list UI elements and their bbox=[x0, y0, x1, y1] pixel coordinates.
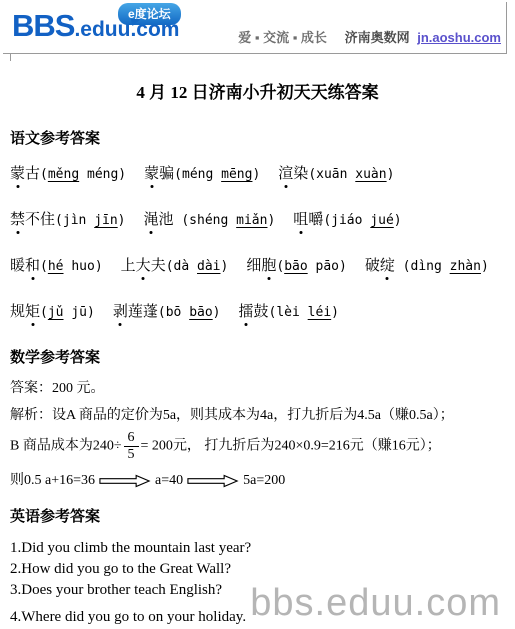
fraction-numerator: 6 bbox=[124, 431, 139, 447]
pinyin-text: (lèi bbox=[269, 305, 308, 320]
pinyin-options: (jìn jīn) bbox=[55, 213, 125, 228]
math-text: 元， 打九折后为 bbox=[173, 439, 275, 454]
pinyin-text: (bō bbox=[158, 305, 189, 320]
chinese-answer-lines: 蒙古(měng méng)蒙骗(méng mēng)渲染(xuān xuàn)禁… bbox=[10, 162, 515, 321]
correct-pinyin-underlined: bāo bbox=[189, 305, 212, 320]
pinyin-text: ) bbox=[481, 259, 489, 274]
math-answer-line: 答案：200 元。 bbox=[10, 377, 515, 397]
hanzi-char-emphasized: 蒙 bbox=[144, 162, 159, 183]
pinyin-options: (bāo pāo) bbox=[276, 259, 346, 274]
correct-pinyin-underlined: mēng bbox=[221, 167, 252, 182]
implies-arrow-icon bbox=[187, 474, 239, 488]
hanzi-char-emphasized: 大 bbox=[136, 254, 151, 275]
pinyin-word: 蒙骗(méng mēng) bbox=[144, 165, 260, 182]
hanzi-char: 破 bbox=[365, 254, 380, 275]
correct-pinyin-underlined: zhàn bbox=[450, 259, 481, 274]
fraction-denominator: 5 bbox=[124, 447, 139, 462]
pinyin-word: 细胞(bāo pāo) bbox=[246, 257, 346, 274]
pinyin-text: ) bbox=[221, 259, 229, 274]
page: BBS.eduu.com e度论坛 爱 ▪ 交流 ▪ 成长 济南奥数网 jn.a… bbox=[0, 0, 515, 629]
correct-pinyin-underlined: léi bbox=[308, 305, 331, 320]
hanzi-char-emphasized: 蒙 bbox=[10, 162, 25, 183]
pinyin-text: ( bbox=[276, 259, 284, 274]
pinyin-options: (lèi léi) bbox=[269, 305, 339, 320]
correct-pinyin-underlined: jīn bbox=[94, 213, 117, 228]
hanzi-char: 蓬 bbox=[143, 300, 158, 321]
hanzi-char: 不 bbox=[25, 208, 40, 229]
math-expr: 240×0.9=216 bbox=[274, 439, 349, 454]
hanzi-char: 嚼 bbox=[308, 208, 323, 229]
pinyin-options: (dà dài) bbox=[166, 259, 229, 274]
pinyin-text: ) bbox=[267, 213, 275, 228]
english-section-heading: 英语参考答案 bbox=[10, 505, 515, 526]
hanzi-char-emphasized: 渲 bbox=[278, 162, 293, 183]
pinyin-text: méng) bbox=[79, 167, 126, 182]
hanzi-char: 古 bbox=[25, 162, 40, 183]
hanzi-char: 池 bbox=[159, 208, 174, 229]
hanzi-char: 夫 bbox=[151, 254, 166, 275]
hanzi-char-emphasized: 绽 bbox=[380, 254, 395, 275]
hanzi-char-emphasized: 咀 bbox=[293, 208, 308, 229]
correct-pinyin-underlined: hé bbox=[48, 259, 64, 274]
math-text: 元（赚16元）； bbox=[350, 439, 441, 454]
pinyin-word: 渑池 (shéng miǎn) bbox=[144, 211, 276, 228]
math-expr: a=40 bbox=[155, 473, 183, 488]
pinyin-options: (bō bāo) bbox=[158, 305, 221, 320]
pinyin-options: (shéng miǎn) bbox=[174, 213, 276, 228]
hanzi-char-emphasized: 胞 bbox=[261, 254, 276, 275]
hanzi-char-emphasized: 矩 bbox=[25, 300, 40, 321]
pinyin-options: (měng méng) bbox=[40, 167, 126, 182]
math-expr: = 200 bbox=[141, 439, 173, 454]
hanzi-char-emphasized: 禁 bbox=[10, 208, 25, 229]
pinyin-word: 禁不住(jìn jīn) bbox=[10, 211, 126, 228]
hanzi-char: 骗 bbox=[159, 162, 174, 183]
pinyin-word: 蒙古(měng méng) bbox=[10, 165, 126, 182]
pinyin-word: 剥莲蓬(bō bāo) bbox=[113, 303, 221, 320]
pinyin-text: ) bbox=[213, 305, 221, 320]
hanzi-char: 染 bbox=[293, 162, 308, 183]
pinyin-word: 破绽 (dìng zhàn) bbox=[365, 257, 489, 274]
slogan-text: 爱 ▪ 交流 ▪ 成长 bbox=[238, 30, 327, 45]
site-name: 济南奥数网 bbox=[345, 30, 410, 45]
math-expr: 则0.5 a+16=36 bbox=[10, 473, 95, 488]
pinyin-word: 上大夫(dà dài) bbox=[121, 257, 229, 274]
pinyin-options: (méng mēng) bbox=[174, 167, 260, 182]
pinyin-text: (xuān bbox=[308, 167, 355, 182]
correct-pinyin-underlined: bāo bbox=[284, 259, 307, 274]
math-section-heading: 数学参考答案 bbox=[10, 346, 515, 367]
pinyin-text: ) bbox=[394, 213, 402, 228]
correct-pinyin-underlined: měng bbox=[48, 167, 79, 182]
pinyin-options: (hé huo) bbox=[40, 259, 103, 274]
header-divider bbox=[3, 53, 507, 54]
pinyin-line: 规矩(jǔ jū)剥莲蓬(bō bāo)擂鼓(lèi léi) bbox=[10, 300, 515, 321]
pinyin-text: (dà bbox=[166, 259, 197, 274]
hanzi-char: 住 bbox=[40, 208, 55, 229]
math-analysis-line: 解析：设A 商品的定价为5a，则其成本为4a，打九折后为4.5a（赚0.5a）； bbox=[10, 404, 515, 424]
english-answer: 1.Did you climb the mountain last year? bbox=[10, 538, 515, 559]
chinese-section-heading: 语文参考答案 bbox=[10, 127, 515, 148]
math-expr: 240÷ bbox=[93, 439, 122, 454]
correct-pinyin-underlined: miǎn bbox=[236, 213, 267, 228]
pinyin-text: (shéng bbox=[174, 213, 237, 228]
hanzi-char-emphasized: 剥 bbox=[113, 300, 128, 321]
math-answers: 答案：200 元。 解析：设A 商品的定价为5a，则其成本为4a，打九折后为4.… bbox=[10, 377, 515, 489]
pinyin-word: 暖和(hé huo) bbox=[10, 257, 103, 274]
correct-pinyin-underlined: jué bbox=[370, 213, 393, 228]
pinyin-text: huo) bbox=[64, 259, 103, 274]
correct-pinyin-underlined: xuàn bbox=[355, 167, 386, 182]
pinyin-text: ( bbox=[40, 305, 48, 320]
pinyin-options: (dìng zhàn) bbox=[395, 259, 489, 274]
fraction: 65 bbox=[124, 431, 139, 462]
pinyin-text: ) bbox=[252, 167, 260, 182]
hanzi-char-emphasized: 渑 bbox=[144, 208, 159, 229]
math-equation-line: B 商品成本为240÷65= 200元， 打九折后为240×0.9=216元（赚… bbox=[10, 431, 515, 462]
pinyin-word: 渲染(xuān xuàn) bbox=[278, 165, 394, 182]
header-right-border bbox=[506, 2, 507, 53]
pinyin-word: 咀嚼(jiáo jué) bbox=[293, 211, 401, 228]
correct-pinyin-underlined: dài bbox=[197, 259, 220, 274]
math-derivation-line: 则0.5 a+16=36a=405a=200 bbox=[10, 469, 515, 489]
pinyin-text: jū) bbox=[64, 305, 95, 320]
forum-badge[interactable]: e度论坛 bbox=[118, 3, 181, 25]
watermark: bbs.eduu.com bbox=[250, 582, 501, 625]
hanzi-char: 莲 bbox=[128, 300, 143, 321]
pinyin-line: 禁不住(jìn jīn)渑池 (shéng miǎn)咀嚼(jiáo jué) bbox=[10, 208, 515, 229]
math-text: B 商品成本为 bbox=[10, 439, 93, 454]
pinyin-text: ( bbox=[40, 259, 48, 274]
hanzi-char: 鼓 bbox=[254, 300, 269, 321]
page-title: 4 月 12 日济南小升初天天练答案 bbox=[0, 78, 515, 103]
pinyin-text: pāo) bbox=[308, 259, 347, 274]
pinyin-options: (jǔ jū) bbox=[40, 305, 95, 320]
pinyin-line: 暖和(hé huo)上大夫(dà dài)细胞(bāo pāo)破绽 (dìng… bbox=[10, 254, 515, 275]
logo-bbs-text: BBS bbox=[12, 8, 74, 43]
pinyin-text: (méng bbox=[174, 167, 221, 182]
pinyin-word: 擂鼓(lèi léi) bbox=[239, 303, 339, 320]
english-answer: 2.How did you go to the Great Wall? bbox=[10, 559, 515, 580]
logo-edu-text: .edu bbox=[74, 18, 117, 41]
pinyin-text: ) bbox=[118, 213, 126, 228]
pinyin-word: 规矩(jǔ jū) bbox=[10, 303, 95, 320]
pinyin-line: 蒙古(měng méng)蒙骗(méng mēng)渲染(xuān xuàn) bbox=[10, 162, 515, 183]
pinyin-text: ( bbox=[40, 167, 48, 182]
site-header: BBS.eduu.com e度论坛 爱 ▪ 交流 ▪ 成长 济南奥数网 jn.a… bbox=[0, 0, 515, 54]
pinyin-text: ) bbox=[387, 167, 395, 182]
pinyin-text: ) bbox=[331, 305, 339, 320]
header-right: 爱 ▪ 交流 ▪ 成长 济南奥数网 jn.aoshu.com bbox=[238, 27, 501, 46]
header-left-tick bbox=[10, 53, 11, 61]
hanzi-char-emphasized: 和 bbox=[25, 254, 40, 275]
math-expr: 5a=200 bbox=[243, 473, 285, 488]
hanzi-char-emphasized: 擂 bbox=[239, 300, 254, 321]
pinyin-options: (xuān xuàn) bbox=[308, 167, 394, 182]
pinyin-text: (jìn bbox=[55, 213, 94, 228]
implies-arrow-icon bbox=[99, 474, 151, 488]
pinyin-text: (dìng bbox=[395, 259, 450, 274]
pinyin-options: (jiáo jué) bbox=[323, 213, 401, 228]
correct-pinyin-underlined: jǔ bbox=[48, 305, 64, 320]
hanzi-char: 上 bbox=[121, 254, 136, 275]
site-link[interactable]: jn.aoshu.com bbox=[417, 30, 501, 45]
hanzi-char: 暖 bbox=[10, 254, 25, 275]
pinyin-text: (jiáo bbox=[323, 213, 370, 228]
hanzi-char: 规 bbox=[10, 300, 25, 321]
hanzi-char: 细 bbox=[246, 254, 261, 275]
